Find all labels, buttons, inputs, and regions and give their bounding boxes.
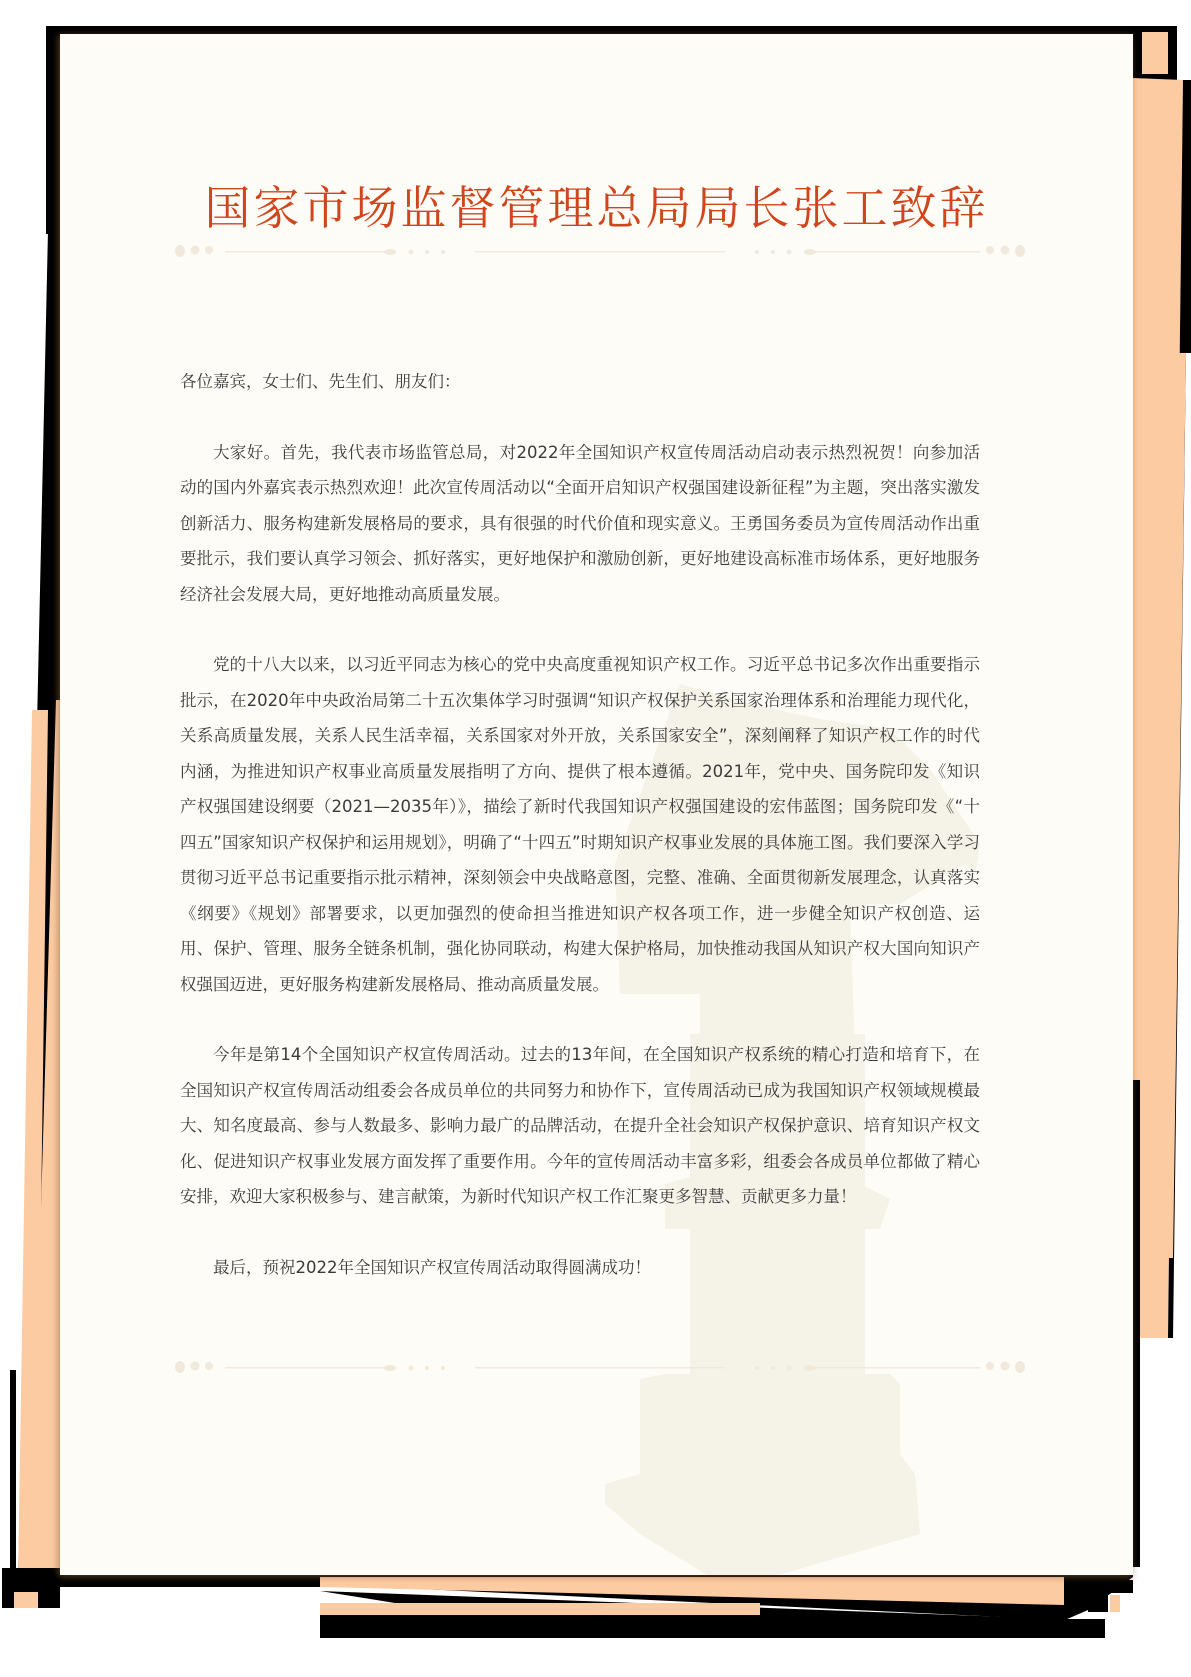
frame-right-tab-fill xyxy=(1142,32,1168,74)
greeting-line: 各位嘉宾，女士们、先生们、朋友们： xyxy=(180,364,980,400)
frame-bottom-strip xyxy=(60,1575,1180,1645)
top-divider-ornament xyxy=(175,241,1025,261)
frame-right-strip xyxy=(1133,78,1191,1338)
page-title: 国家市场监督管理总局局长张工致辞 xyxy=(60,172,1133,238)
frame-right-edge xyxy=(1133,1080,1140,1567)
letter-paper: 国家市场监督管理总局局长张工致辞 各位嘉宾，女士们、先生们、朋友们： 大家好。首… xyxy=(60,34,1133,1575)
speech-body: 各位嘉宾，女士们、先生们、朋友们： 大家好。首先，我代表市场监管总局，对2022… xyxy=(180,364,980,1320)
paragraph-closing: 最后，预祝2022年全国知识产权宣传周活动取得圆满成功！ xyxy=(180,1250,980,1286)
frame-bottom-left-fill xyxy=(14,1592,38,1608)
bottom-divider-ornament xyxy=(175,1357,1025,1377)
paragraph-opening: 大家好。首先，我代表市场监管总局，对2022年全国知识产权宣传周活动启动表示热烈… xyxy=(180,435,980,613)
frame-left-strip xyxy=(10,230,62,1580)
paragraph-policy: 党的十八大以来，以习近平同志为核心的党中央高度重视知识产权工作。习近平总书记多次… xyxy=(180,647,980,1002)
frame-left-border xyxy=(46,26,60,234)
paragraph-campaign-week: 今年是第14个全国知识产权宣传周活动。过去的13年间，在全国知识产权系统的精心打… xyxy=(180,1037,980,1215)
